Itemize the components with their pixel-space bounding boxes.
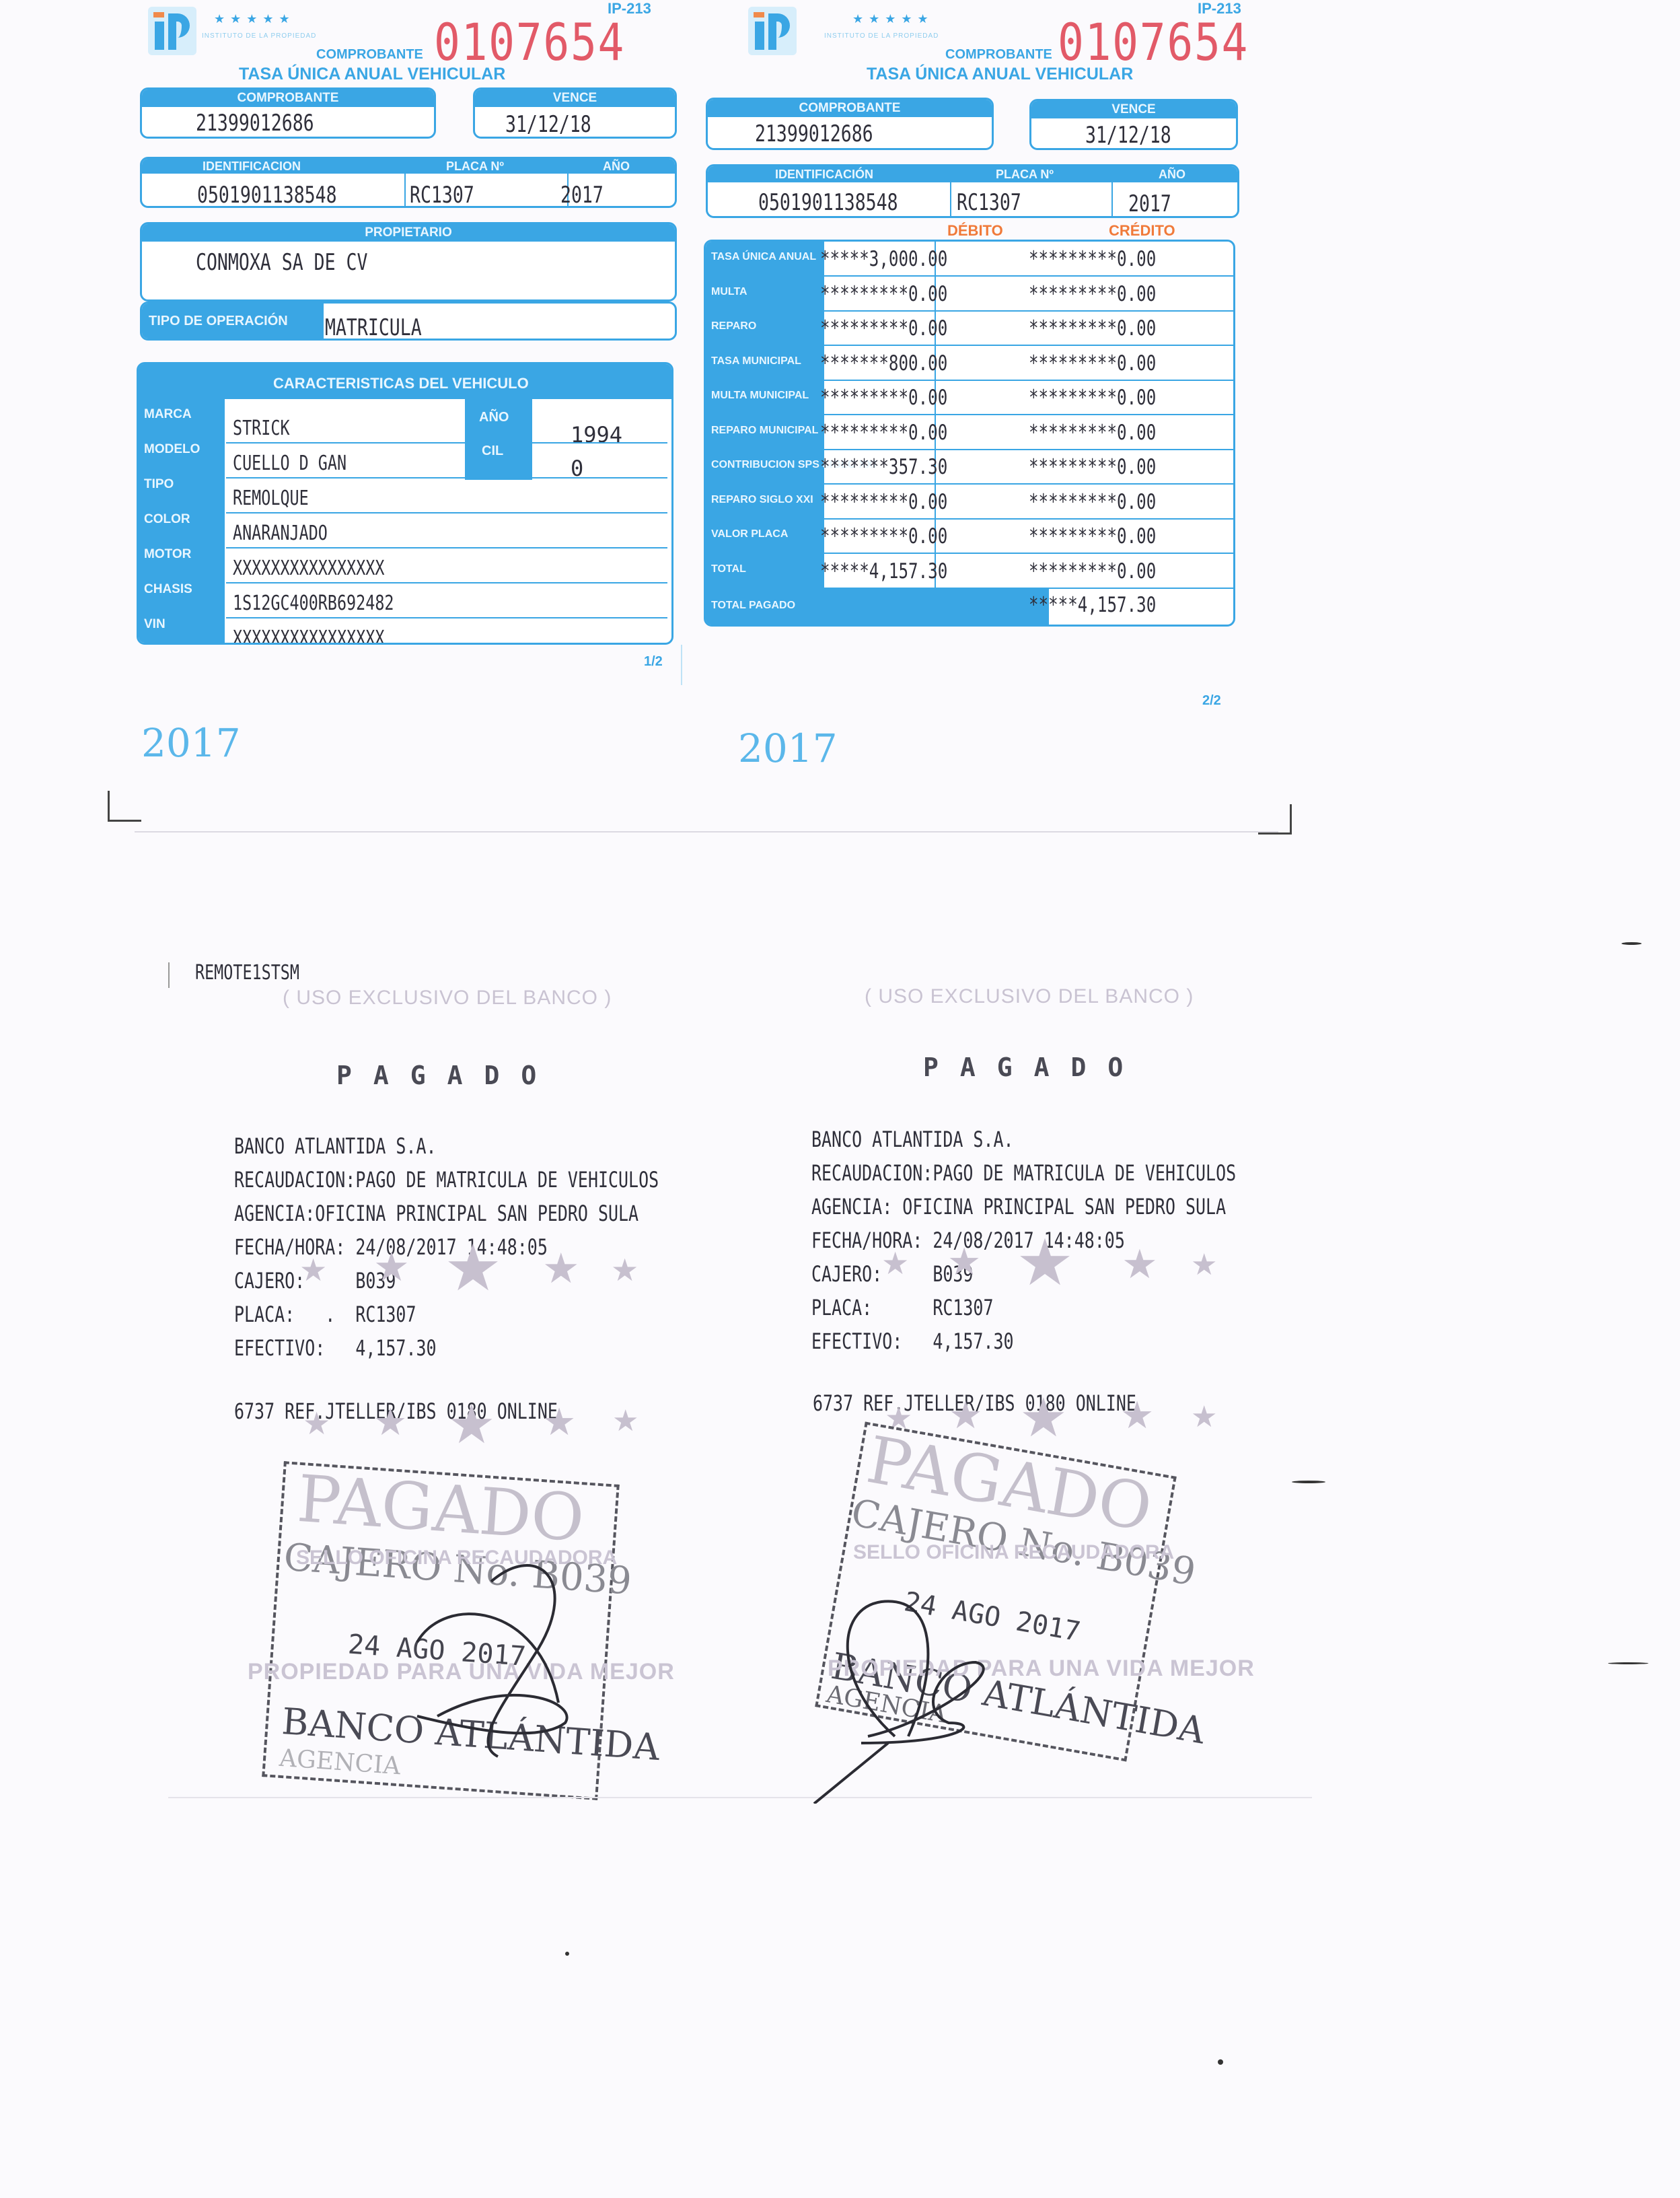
star-icon: ★ <box>1016 1225 1074 1300</box>
fee-debito: *********0.00 <box>820 282 947 306</box>
vehiculo-table: CARACTERISTICAS DEL VEHICULO AÑO CIL 199… <box>137 362 673 645</box>
debito-header: DÉBITO <box>947 222 1003 240</box>
logo-subtitle: INSTITUTO DE LA PROPIEDAD <box>824 32 939 40</box>
identificacion-row: IDENTIFICACIÓN PLACA Nº AÑO 050190113854… <box>706 164 1239 218</box>
fee-debito: *********0.00 <box>820 316 947 341</box>
fee-credito: *********0.00 <box>1029 316 1156 341</box>
receipt-line: PLACA: . RC1307 <box>234 1298 416 1331</box>
row-divider <box>824 518 1233 520</box>
logo-subtitle: INSTITUTO DE LA PROPIEDAD <box>202 32 316 40</box>
uso-exclusivo-label: ( USO EXCLUSIVO DEL BANCO ) <box>283 987 612 1009</box>
scan-speck <box>1218 2059 1223 2065</box>
row-divider <box>824 449 1233 450</box>
star-icon: ★ <box>612 1404 638 1438</box>
fee-credito: *********0.00 <box>1029 455 1156 479</box>
year-watermark: 2017 <box>738 725 838 771</box>
comprobante-value: 21399012686 <box>196 107 314 139</box>
row-divider <box>226 512 667 513</box>
comprobante-field: COMPROBANTE 21399012686 <box>706 98 994 150</box>
uso-exclusivo-label: ( USO EXCLUSIVO DEL BANCO ) <box>865 985 1194 1008</box>
vence-header: VENCE <box>1031 101 1236 118</box>
receipt-line: RECAUDACION:PAGO DE MATRICULA DE VEHICUL… <box>234 1163 659 1197</box>
vehiculo-value: STRICK <box>233 417 290 440</box>
receipt-line: AGENCIA: OFICINA PRINCIPAL SAN PEDRO SUL… <box>811 1190 1226 1224</box>
vehiculo-value: XXXXXXXXXXXXXXXX <box>233 557 384 580</box>
row-divider <box>824 588 1233 589</box>
vehiculo-anio-value: 1994 <box>571 422 622 448</box>
vehiculo-label: CHASIS <box>144 582 192 597</box>
placa-header: PLACA Nº <box>996 166 1054 182</box>
vehiculo-value: XXXXXXXXXXXXXXXX <box>233 627 384 645</box>
page-number: 1/2 <box>644 654 663 670</box>
star-icon: ★ <box>299 1252 327 1288</box>
star-icon: ★ <box>373 1400 407 1444</box>
fee-credito: *********0.00 <box>1029 282 1156 306</box>
crop-mark <box>1258 832 1292 835</box>
star-icon: ★ <box>1019 1386 1068 1449</box>
tipo-operacion-value: MATRICULA <box>325 314 422 341</box>
crop-mark <box>108 791 110 821</box>
row-divider <box>226 442 667 444</box>
fees-table: TASA ÚNICA ANUAL*****3,000.00*********0.… <box>704 240 1235 627</box>
receipt-line: BANCO ATLANTIDA S.A. <box>811 1123 1014 1156</box>
anio-value: 2017 <box>560 182 604 208</box>
star-icon: ★ <box>881 1245 909 1281</box>
fee-label: REPARO MUNICIPAL <box>711 425 818 437</box>
star-icon: ★ <box>542 1400 576 1444</box>
form-title: TASA ÚNICA ANUAL VEHICULAR <box>867 65 1133 84</box>
ip-logo-icon <box>148 7 196 55</box>
identificacion-value: 0501901138548 <box>197 182 337 208</box>
scan-speck <box>1621 942 1642 945</box>
year-watermark: 2017 <box>141 720 241 766</box>
row-divider <box>824 345 1233 346</box>
vehiculo-value: ANARANJADO <box>233 522 328 545</box>
receipt-line: RECAUDACION:PAGO DE MATRICULA DE VEHICUL… <box>811 1156 1236 1190</box>
row-divider <box>226 617 667 618</box>
vence-field: VENCE 31/12/18 <box>1029 99 1238 150</box>
placa-value: RC1307 <box>410 182 474 208</box>
fee-label: TASA MUNICIPAL <box>711 355 801 367</box>
comprobante-value: 21399012686 <box>755 117 873 150</box>
vehiculo-value: 1S12GC400RB692482 <box>233 592 394 615</box>
star-icon: ★ <box>949 1393 982 1438</box>
fee-debito: *********0.00 <box>820 421 947 445</box>
receipt-left: ★★★★★ INSTITUTO DE LA PROPIEDAD IP-213 C… <box>0 0 700 808</box>
bank-validation-left: REMOTE1STSM ( USO EXCLUSIVO DEL BANCO ) … <box>0 929 794 1804</box>
scan-speck <box>1292 1481 1325 1483</box>
row-divider <box>824 310 1233 312</box>
comprobante-label: COMPROBANTE <box>945 47 1052 63</box>
row-divider <box>226 547 667 548</box>
star-icon: ★ <box>1191 1400 1217 1434</box>
comprobante-header: COMPROBANTE <box>708 100 992 117</box>
row-divider <box>824 483 1233 485</box>
fee-label: MULTA MUNICIPAL <box>711 390 809 402</box>
crop-mark <box>1290 804 1292 835</box>
receipt-line: PLACA: RC1307 <box>811 1291 993 1324</box>
terminal-id: REMOTE1STSM <box>195 961 299 985</box>
vence-header: VENCE <box>475 90 675 107</box>
total-pagado-label: TOTAL PAGADO <box>711 600 795 612</box>
pagado-status: PAGADO <box>923 1053 1144 1082</box>
star-icon: ★ <box>447 1393 496 1456</box>
vehiculo-label: MODELO <box>144 442 200 457</box>
fee-label: REPARO SIGLO XXI <box>711 494 813 506</box>
anio-header: AÑO <box>603 159 630 174</box>
identificacion-header: IDENTIFICACIÓN <box>775 166 873 182</box>
fee-credito: *********0.00 <box>1029 421 1156 445</box>
star-icon: ★ <box>947 1240 981 1284</box>
stars-icon: ★★★★★ <box>214 12 295 26</box>
propietario-value: CONMOXA SA DE CV <box>196 242 367 283</box>
total-pagado-value: *****4,157.30 <box>1029 593 1156 617</box>
fee-credito: *********0.00 <box>1029 524 1156 548</box>
ip-logo-icon <box>748 7 797 55</box>
stars-icon: ★★★★★ <box>852 12 934 26</box>
row-divider <box>226 582 667 583</box>
propietario-field: PROPIETARIO CONMOXA SA DE CV <box>140 222 677 302</box>
tipo-operacion-header: TIPO DE OPERACIÓN <box>142 304 324 341</box>
fee-credito: *********0.00 <box>1029 559 1156 583</box>
star-icon: ★ <box>1191 1248 1217 1282</box>
identificacion-header: IDENTIFICACION <box>203 159 301 174</box>
comprobante-label: COMPROBANTE <box>316 47 423 63</box>
fee-label: REPARO <box>711 320 756 332</box>
receipt-line: EFECTIVO: 4,157.30 <box>811 1324 1014 1358</box>
serial-number: 0107654 <box>434 12 625 72</box>
anio-value: 2017 <box>1128 190 1171 217</box>
row-divider <box>824 414 1233 415</box>
star-icon: ★ <box>1122 1241 1158 1288</box>
comprobante-field: COMPROBANTE 21399012686 <box>140 87 436 139</box>
star-icon: ★ <box>373 1244 410 1291</box>
fee-debito: *********0.00 <box>820 524 947 548</box>
row-divider <box>226 477 667 478</box>
fee-credito: *********0.00 <box>1029 490 1156 514</box>
fee-credito: *********0.00 <box>1029 351 1156 376</box>
fee-debito: *******800.00 <box>820 351 947 376</box>
scan-speck <box>565 1952 569 1956</box>
vence-field: VENCE 31/12/18 <box>473 87 677 139</box>
form-title: TASA ÚNICA ANUAL VEHICULAR <box>239 65 505 84</box>
vehiculo-label: MARCA <box>144 407 192 422</box>
fee-credito: *********0.00 <box>1029 386 1156 410</box>
receipt-line: BANCO ATLANTIDA S.A. <box>234 1129 437 1163</box>
vehiculo-value: REMOLQUE <box>233 487 309 510</box>
crop-mark <box>108 820 141 822</box>
placa-value: RC1307 <box>957 189 1021 216</box>
scan-speck <box>1608 1662 1648 1664</box>
row-divider <box>824 380 1233 381</box>
vehiculo-label: VIN <box>144 617 166 632</box>
vehiculo-value: CUELLO D GAN <box>233 452 346 475</box>
bank-validation-right: ( USO EXCLUSIVO DEL BANCO ) PAGADO BANCO… <box>794 929 1534 1804</box>
fee-debito: *****4,157.30 <box>820 559 947 583</box>
vehiculo-cil-label: CIL <box>482 444 503 459</box>
tipo-operacion-field: TIPO DE OPERACIÓN MATRICULA <box>140 302 677 341</box>
star-icon: ★ <box>444 1230 502 1306</box>
star-icon: ★ <box>542 1244 580 1293</box>
page-number: 2/2 <box>1202 693 1221 709</box>
propietario-header: PROPIETARIO <box>142 224 675 242</box>
vehiculo-label: TIPO <box>144 477 174 492</box>
star-icon: ★ <box>303 1405 330 1442</box>
vence-value: 31/12/18 <box>505 107 591 139</box>
identificacion-row: IDENTIFICACION PLACA Nº AÑO 050190113854… <box>140 157 677 208</box>
vence-value: 31/12/18 <box>1085 118 1171 150</box>
anio-header: AÑO <box>1159 166 1185 182</box>
vehiculo-label: MOTOR <box>144 547 191 562</box>
receipt-line: EFECTIVO: 4,157.30 <box>234 1331 437 1365</box>
fee-debito: *******357.30 <box>820 455 947 479</box>
row-divider <box>824 275 1233 277</box>
vehiculo-label: COLOR <box>144 512 190 527</box>
vehiculo-anio-label: AÑO <box>479 410 509 425</box>
signature-icon <box>807 1521 1090 1804</box>
receipt-right: ★★★★★ INSTITUTO DE LA PROPIEDAD IP-213 C… <box>700 0 1373 808</box>
receipt-line: AGENCIA:OFICINA PRINCIPAL SAN PEDRO SULA <box>234 1197 638 1230</box>
fee-debito: *********0.00 <box>820 490 947 514</box>
signature-icon <box>336 1501 619 1783</box>
fee-debito: *********0.00 <box>820 386 947 410</box>
star-icon: ★ <box>611 1252 638 1288</box>
vehiculo-title: CARACTERISTICAS DEL VEHICULO <box>273 375 529 392</box>
row-divider <box>824 553 1233 554</box>
identificacion-value: 0501901138548 <box>758 189 898 216</box>
fee-label: VALOR PLACA <box>711 528 788 540</box>
pagado-status: PAGADO <box>336 1061 558 1090</box>
fee-credito: *********0.00 <box>1029 247 1156 271</box>
credito-header: CRÉDITO <box>1109 222 1175 240</box>
fee-debito: *****3,000.00 <box>820 247 947 271</box>
star-icon: ★ <box>1120 1393 1154 1438</box>
fee-label: TASA ÚNICA ANUAL <box>711 251 816 263</box>
serial-number: 0107654 <box>1058 12 1249 72</box>
fee-label: TOTAL <box>711 563 746 575</box>
placa-header: PLACA Nº <box>446 159 504 174</box>
fee-label: MULTA <box>711 286 747 298</box>
comprobante-header: COMPROBANTE <box>142 90 434 107</box>
